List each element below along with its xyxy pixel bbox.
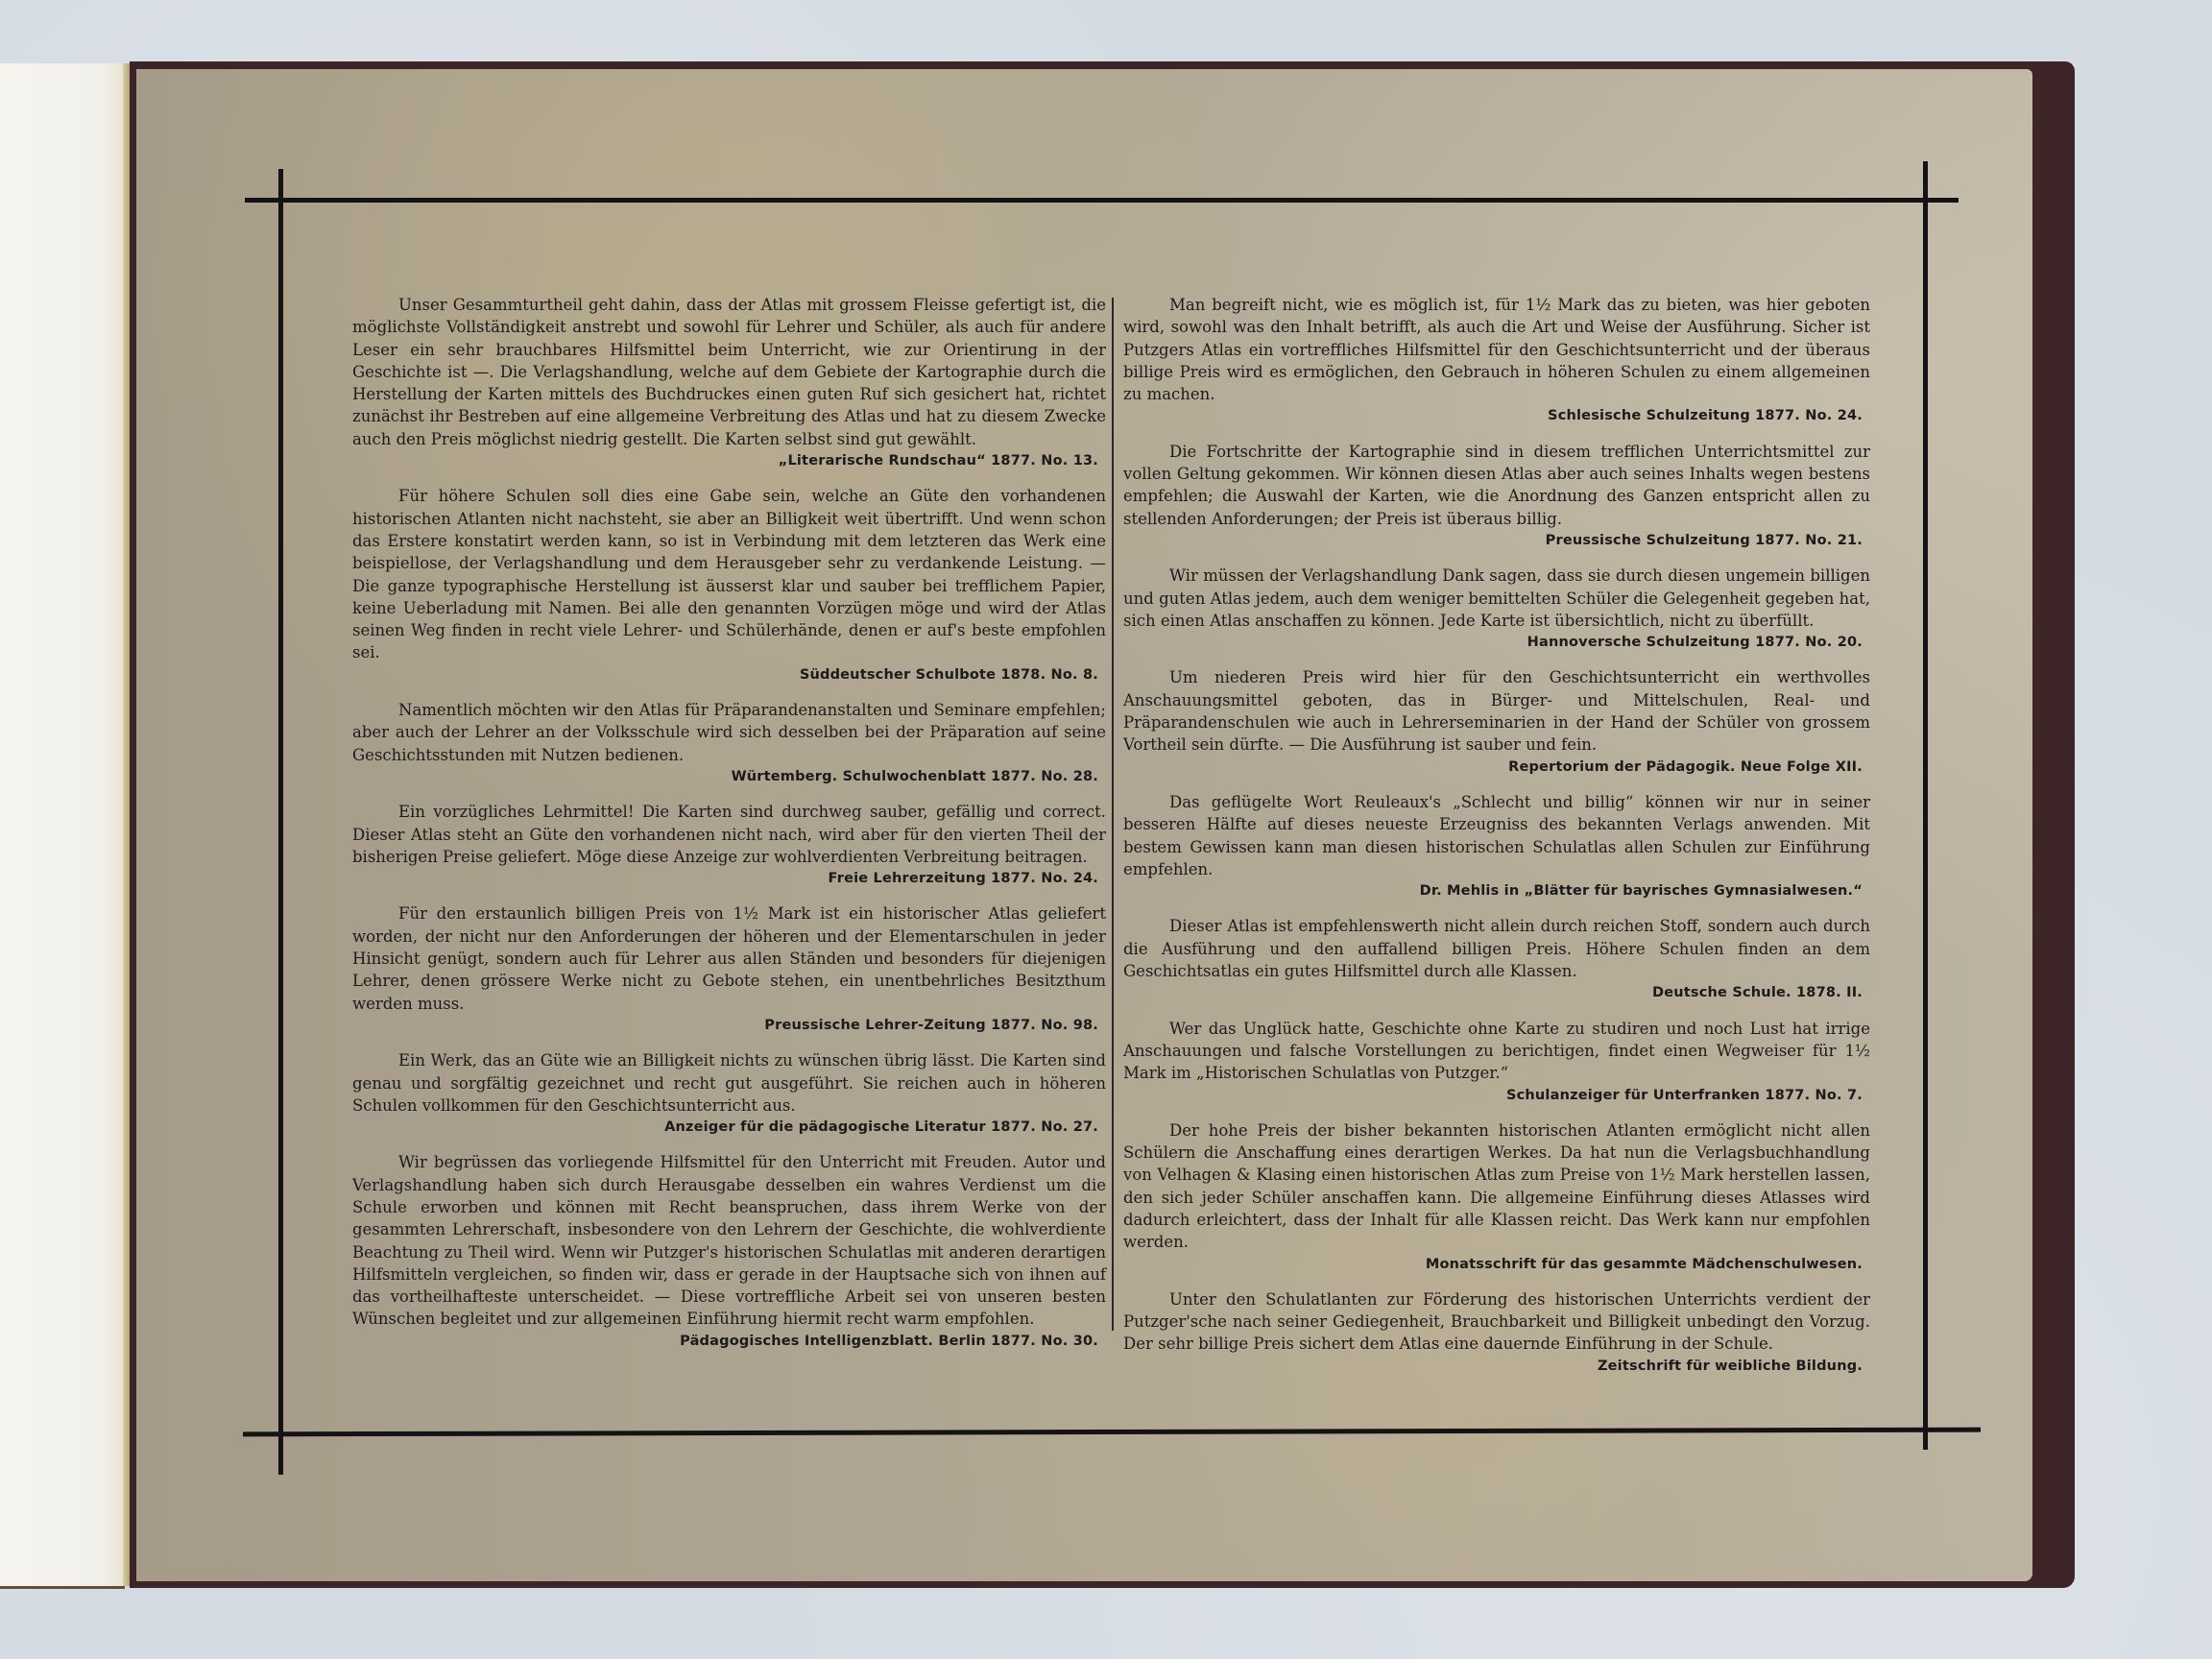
review: Für den erstaunlich billigen Preis von 1… xyxy=(352,902,1106,1037)
review-text: Für den erstaunlich billigen Preis von 1… xyxy=(352,902,1106,1014)
review-source: Würtemberg. Schulwochenblatt 1877. No. 2… xyxy=(352,766,1106,788)
facing-blank-page xyxy=(0,63,125,1589)
review: Ein Werk, das an Güte wie an Billigkeit … xyxy=(352,1049,1106,1139)
review: Ein vorzügliches Lehrmittel! Die Karten … xyxy=(352,801,1106,890)
review-source: Hannoversche Schulzeitung 1877. No. 20. xyxy=(1123,632,1870,654)
review-source: Dr. Mehlis in „Blätter für bayrisches Gy… xyxy=(1123,880,1870,902)
review: Um niederen Preis wird hier für den Gesc… xyxy=(1123,666,1870,778)
review-text: Ein vorzügliches Lehrmittel! Die Karten … xyxy=(352,801,1106,868)
reviews-column-right: Man begreift nicht, wie es möglich ist, … xyxy=(1123,294,1870,1390)
review-text: Dieser Atlas ist empfehlenswerth nicht a… xyxy=(1123,915,1870,982)
review-source: Zeitschrift für weibliche Bildung. xyxy=(1123,1356,1870,1378)
review: Wer das Unglück hatte, Geschichte ohne K… xyxy=(1123,1018,1870,1107)
review-text: Namentlich möchten wir den Atlas für Prä… xyxy=(352,699,1106,766)
review: Man begreift nicht, wie es möglich ist, … xyxy=(1123,294,1870,428)
review-text: Unter den Schulatlanten zur Förderung de… xyxy=(1123,1288,1870,1356)
reviews-column-left: Unser Gesammturtheil geht dahin, dass de… xyxy=(352,294,1106,1365)
review-text: Man begreift nicht, wie es möglich ist, … xyxy=(1123,294,1870,405)
review-source: Pädagogisches Intelligenzblatt. Berlin 1… xyxy=(352,1331,1106,1353)
review: Dieser Atlas ist empfehlenswerth nicht a… xyxy=(1123,915,1870,1004)
review-text: Wir begrüssen das vorliegende Hilfsmitte… xyxy=(352,1151,1106,1330)
review-source: Repertorium der Pädagogik. Neue Folge XI… xyxy=(1123,757,1870,779)
review: Unter den Schulatlanten zur Förderung de… xyxy=(1123,1288,1870,1378)
review: Für höhere Schulen soll dies eine Gabe s… xyxy=(352,485,1106,686)
review-source: Monatsschrift für das gesammte Mädchensc… xyxy=(1123,1254,1870,1276)
review-text: Der hohe Preis der bisher bekannten hist… xyxy=(1123,1119,1870,1254)
column-divider xyxy=(1112,298,1114,1331)
review-text: Wer das Unglück hatte, Geschichte ohne K… xyxy=(1123,1018,1870,1085)
review-source: Schlesische Schulzeitung 1877. No. 24. xyxy=(1123,405,1870,427)
review-text: Die Fortschritte der Kartographie sind i… xyxy=(1123,441,1870,530)
review: Namentlich möchten wir den Atlas für Prä… xyxy=(352,699,1106,788)
review-text: Wir müssen der Verlagshandlung Dank sage… xyxy=(1123,565,1870,632)
review-source: Preussische Lehrer-Zeitung 1877. No. 98. xyxy=(352,1015,1106,1037)
review-text: Ein Werk, das an Güte wie an Billigkeit … xyxy=(352,1049,1106,1117)
review: Der hohe Preis der bisher bekannten hist… xyxy=(1123,1119,1870,1276)
review-source: Preussische Schulzeitung 1877. No. 21. xyxy=(1123,530,1870,552)
review-source: Schulanzeiger für Unterfranken 1877. No.… xyxy=(1123,1085,1870,1107)
review: Wir begrüssen das vorliegende Hilfsmitte… xyxy=(352,1151,1106,1353)
review-source: Deutsche Schule. 1878. II. xyxy=(1123,982,1870,1004)
review-text: Das geflügelte Wort Reuleaux's „Schlecht… xyxy=(1123,791,1870,880)
review-text: Unser Gesammturtheil geht dahin, dass de… xyxy=(352,294,1106,450)
review-text: Für höhere Schulen soll dies eine Gabe s… xyxy=(352,485,1106,663)
review-text: Um niederen Preis wird hier für den Gesc… xyxy=(1123,666,1870,756)
review-source: „Literarische Rundschau“ 1877. No. 13. xyxy=(352,450,1106,472)
review: Das geflügelte Wort Reuleaux's „Schlecht… xyxy=(1123,791,1870,902)
review: Unser Gesammturtheil geht dahin, dass de… xyxy=(352,294,1106,472)
review-source: Süddeutscher Schulbote 1878. No. 8. xyxy=(352,664,1106,686)
review-source: Freie Lehrerzeitung 1877. No. 24. xyxy=(352,868,1106,890)
review: Wir müssen der Verlagshandlung Dank sage… xyxy=(1123,565,1870,654)
frame-rule-right xyxy=(1923,161,1928,1450)
review: Die Fortschritte der Kartographie sind i… xyxy=(1123,441,1870,552)
review-source: Anzeiger für die pädagogische Literatur … xyxy=(352,1117,1106,1139)
frame-rule-top xyxy=(245,198,1959,203)
frame-rule-left xyxy=(278,169,283,1475)
